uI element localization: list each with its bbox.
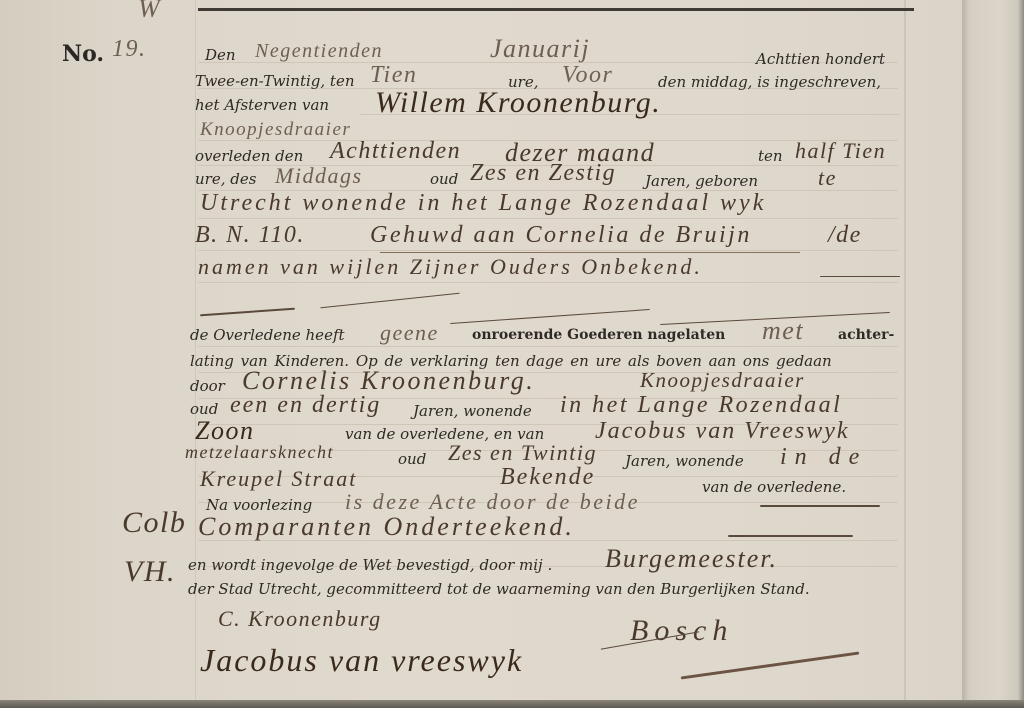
signature-flourish [681,651,860,679]
line-filler-stroke [450,309,650,324]
printed-text: ure, des [195,170,256,188]
handwritten-declarant-1-residence: in het Lange Rozendaal [560,392,842,419]
margin-note-vh: VH. [124,555,176,589]
line-filler-stroke [820,276,900,277]
handwritten-ward-number: B. N. 110. [195,222,305,249]
handwritten-age: Zes en Zestig [470,160,616,187]
printed-text: den middag, is ingeschreven, [658,73,881,91]
handwritten-declarant-2-residence: in de [780,444,867,471]
printed-text: Jaren, wonende [625,452,744,470]
handwritten-declarant-1-age: een en dertig [230,392,381,419]
line-filler-stroke [728,535,853,537]
ruled-line [198,346,898,347]
handwritten-date-month: Januarij [490,34,590,64]
record-number: 19. [112,36,147,63]
handwritten-occupation: Knoopjesdraaier [200,119,351,141]
printed-text: oud [430,170,458,188]
ruled-line [198,218,898,219]
margin-note-colb: Colb [122,506,186,540]
printed-text: achter- [838,327,894,343]
handwritten-relation-known: Bekende [500,464,595,491]
handwritten-official-title: Burgemeester. [605,544,778,574]
underline [380,252,800,253]
register-page: W No. 19. Colb VH. Den Negentienden Janu… [0,0,966,700]
printed-text: door [190,377,225,395]
printed-text: de Overledene heeft [190,326,345,344]
ruled-line [198,250,898,251]
handwritten-declarant-2-name: Jacobus van Vreeswyk [595,418,850,445]
signature-official: Bosch [630,614,733,648]
printed-text: oud [398,450,426,468]
handwritten-declarant-2-street: Kreupel Straat [200,466,357,492]
printed-text: der Stad Utrecht, gecommitteerd tot de w… [188,580,810,598]
printed-text: Twee-en-Twintig, ten [195,72,355,90]
handwritten-with-children: met [762,316,804,346]
printed-text: Achttien hondert [756,50,885,68]
record-number-label: No. [62,41,104,67]
line-filler-stroke [320,293,459,309]
printed-text: van de overledene. [702,478,846,496]
handwritten-deceased-name: Willem Kroonenburg. [375,86,661,120]
handwritten-death-day: Achttienden [330,138,461,165]
handwritten-property: geene [380,320,439,346]
handwritten-continuation: /de [828,222,862,249]
signature-declarant-2: Jacobus van vreeswyk [200,642,523,679]
handwritten-declarant-1-occupation: Knoopjesdraaier [640,368,805,393]
printed-text: Jaren, wonende [413,402,532,420]
handwritten-hour: Tien [370,62,417,89]
printed-text: het Afsterven van [195,96,329,114]
page-bottom-edge [0,700,1024,708]
line-filler-stroke [200,308,295,317]
line-filler-stroke [760,505,880,507]
handwritten-time-of-day: Middags [275,163,363,189]
facing-page-edge [962,0,1024,700]
handwritten-signed-note: Comparanten Onderteekend. [198,512,575,542]
top-rule [198,8,914,11]
handwritten-date-day: Negentienden [255,40,383,63]
page-fold-line [904,0,906,700]
handwritten-spouse: Gehuwd aan Cornelia de Bruijn [370,222,752,249]
ruled-line [198,282,898,283]
printed-text: en wordt ingevolge de Wet bevestigd, doo… [188,556,552,574]
top-margin-mark: W [138,0,161,24]
handwritten-parents: namen van wijlen Zijner Ouders Onbekend. [198,254,703,280]
printed-text: onroerende Goederen nagelaten [472,327,725,343]
handwritten-birthplace-residence: Utrecht wonende in het Lange Rozendaal w… [200,190,766,217]
signature-declarant-1: C. Kroonenburg [218,606,382,632]
handwritten-birthplace-prefix: te [818,165,837,191]
handwritten-declarant-2-occupation: metzelaarsknecht [185,442,334,463]
handwritten-declarant-2-age: Zes en Twintig [448,440,597,466]
handwritten-death-hour: half Tien [795,138,886,164]
printed-text: Jaren, geboren [645,172,758,190]
printed-text: Den [205,46,236,64]
printed-text: ten [758,147,783,165]
handwritten-time-of-day: Voor [562,62,613,89]
